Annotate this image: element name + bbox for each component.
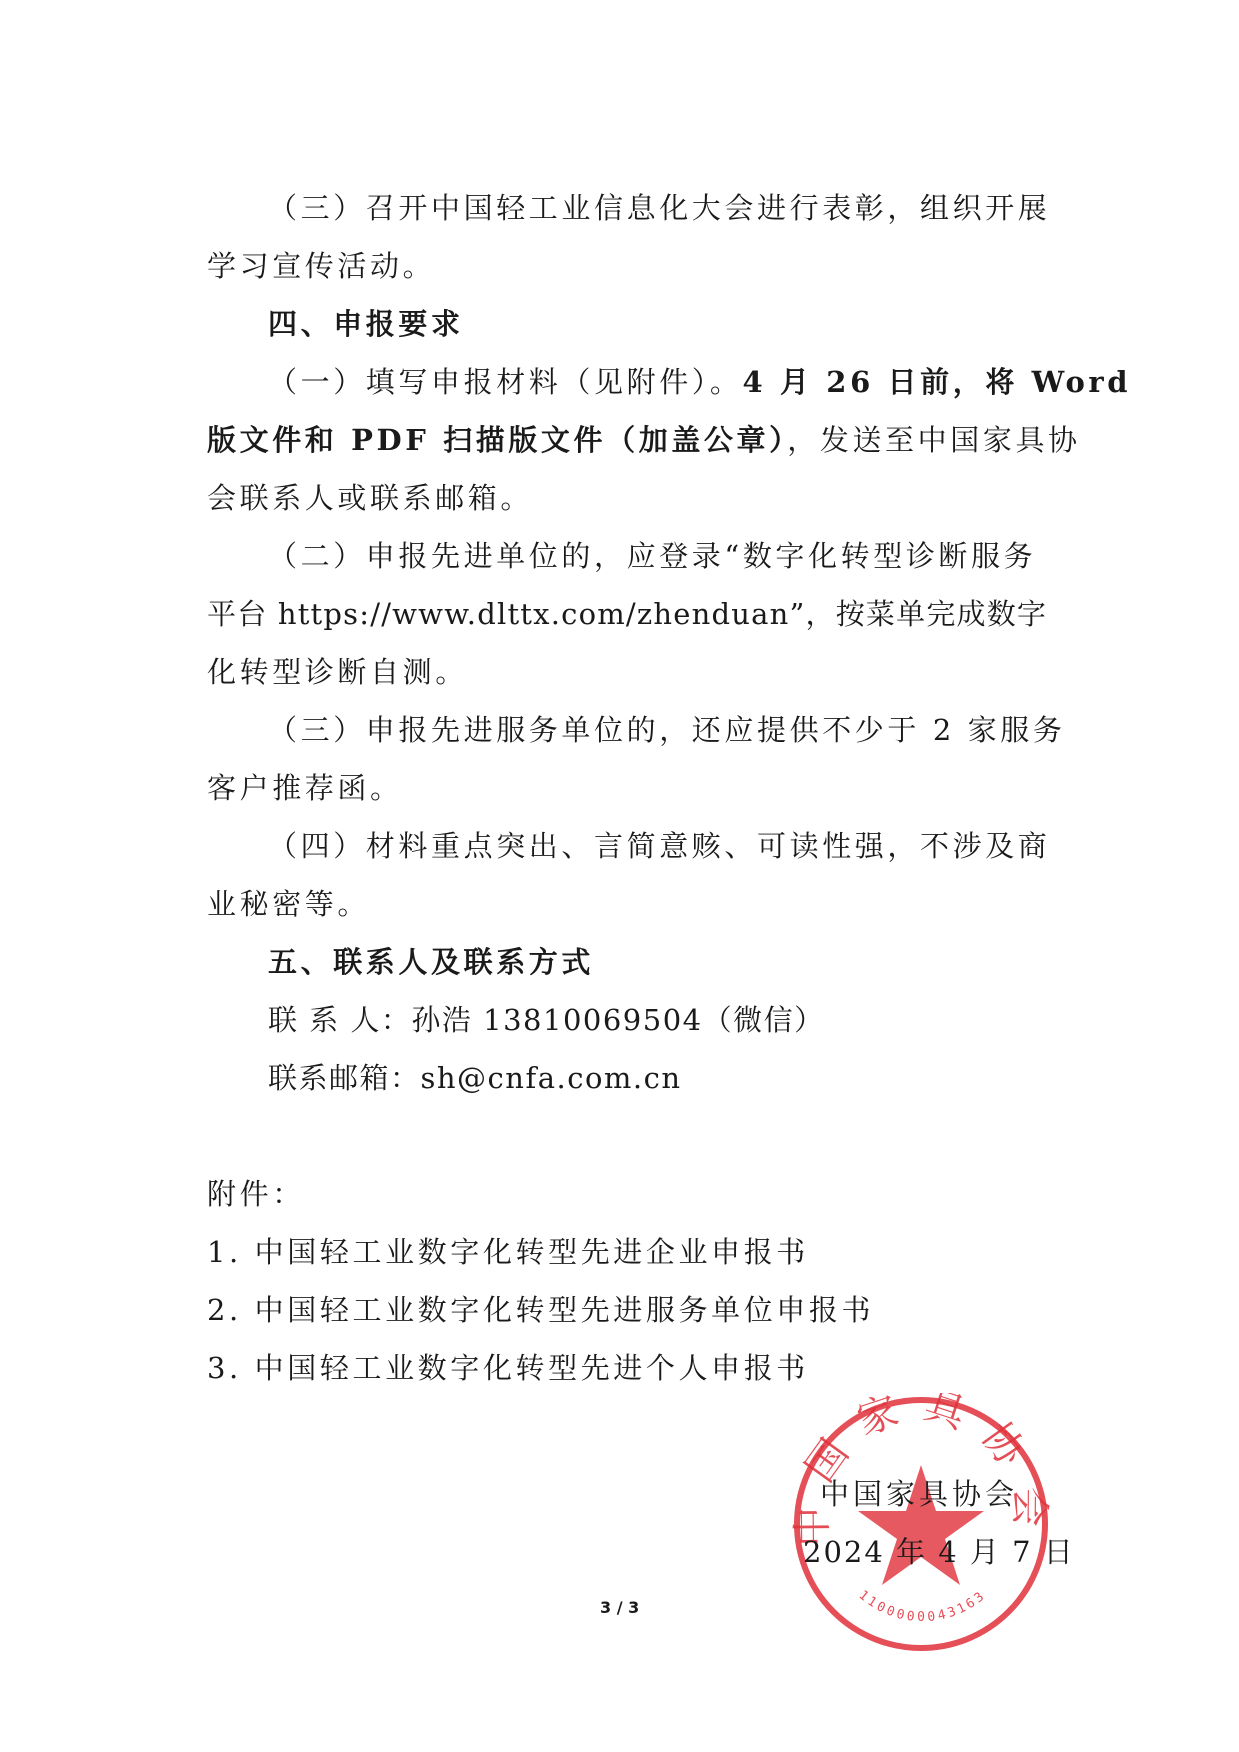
req1-format: 版文件和 PDF 扫描版文件（加盖公章） [207, 423, 787, 457]
attachment-item-1: 1. 中国轻工业数字化转型先进企业申报书 [207, 1234, 1037, 1270]
paragraph-req2-line1: （二）申报先进单位的，应登录“数字化转型诊断服务 [268, 538, 1098, 574]
paragraph-req1-line2: 版文件和 PDF 扫描版文件（加盖公章），发送至中国家具协 [207, 422, 1037, 458]
req1-send: ，发送至中国家具协 [787, 423, 1080, 457]
req1-deadline: 4 月 26 日前，将 Word [743, 365, 1132, 399]
paragraph-req3-line2: 客户推荐函。 [207, 770, 1037, 806]
attachment-item-2: 2. 中国轻工业数字化转型先进服务单位申报书 [207, 1292, 1037, 1328]
req1-text: （一）填写申报材料（见附件）。 [268, 365, 743, 399]
section-heading-requirements: 四、申报要求 [268, 306, 1098, 342]
document-page: （三）召开中国轻工业信息化大会进行表彰，组织开展 学习宣传活动。 四、申报要求 … [0, 0, 1239, 1752]
contact-email: 联系邮箱：sh@cnfa.com.cn [268, 1060, 1098, 1096]
paragraph-req3-line1: （三）申报先进服务单位的，还应提供不少于 2 家服务 [268, 712, 1098, 748]
paragraph-award-line1: （三）召开中国轻工业信息化大会进行表彰，组织开展 [268, 190, 1098, 226]
signature-date: 2024 年 4 月 7 日 [803, 1534, 1075, 1570]
attachments-label: 附件： [207, 1176, 1037, 1212]
contact-person: 联 系 人：孙浩 13810069504（微信） [268, 1002, 1098, 1038]
paragraph-req4-line1: （四）材料重点突出、言简意赅、可读性强，不涉及商 [268, 828, 1098, 864]
signature-org: 中国家具协会 [820, 1476, 1018, 1512]
official-seal-icon: 中国家具协会 1100000043163 [790, 1393, 1052, 1655]
svg-text:1100000043163: 1100000043163 [856, 1588, 990, 1625]
paragraph-req1-line3: 会联系人或联系邮箱。 [207, 480, 1037, 516]
section-heading-contact: 五、联系人及联系方式 [268, 944, 1098, 980]
attachment-item-3: 3. 中国轻工业数字化转型先进个人申报书 [207, 1350, 1037, 1386]
paragraph-req2-line2: 平台 https://www.dlttx.com/zhenduan”，按菜单完成… [207, 596, 1037, 632]
paragraph-req2-line3: 化转型诊断自测。 [207, 654, 1037, 690]
paragraph-award-line2: 学习宣传活动。 [207, 248, 1037, 284]
page-number: 3 / 3 [600, 1598, 639, 1617]
paragraph-req4-line2: 业秘密等。 [207, 886, 1037, 922]
paragraph-req1-line1: （一）填写申报材料（见附件）。4 月 26 日前，将 Word [268, 364, 1098, 400]
